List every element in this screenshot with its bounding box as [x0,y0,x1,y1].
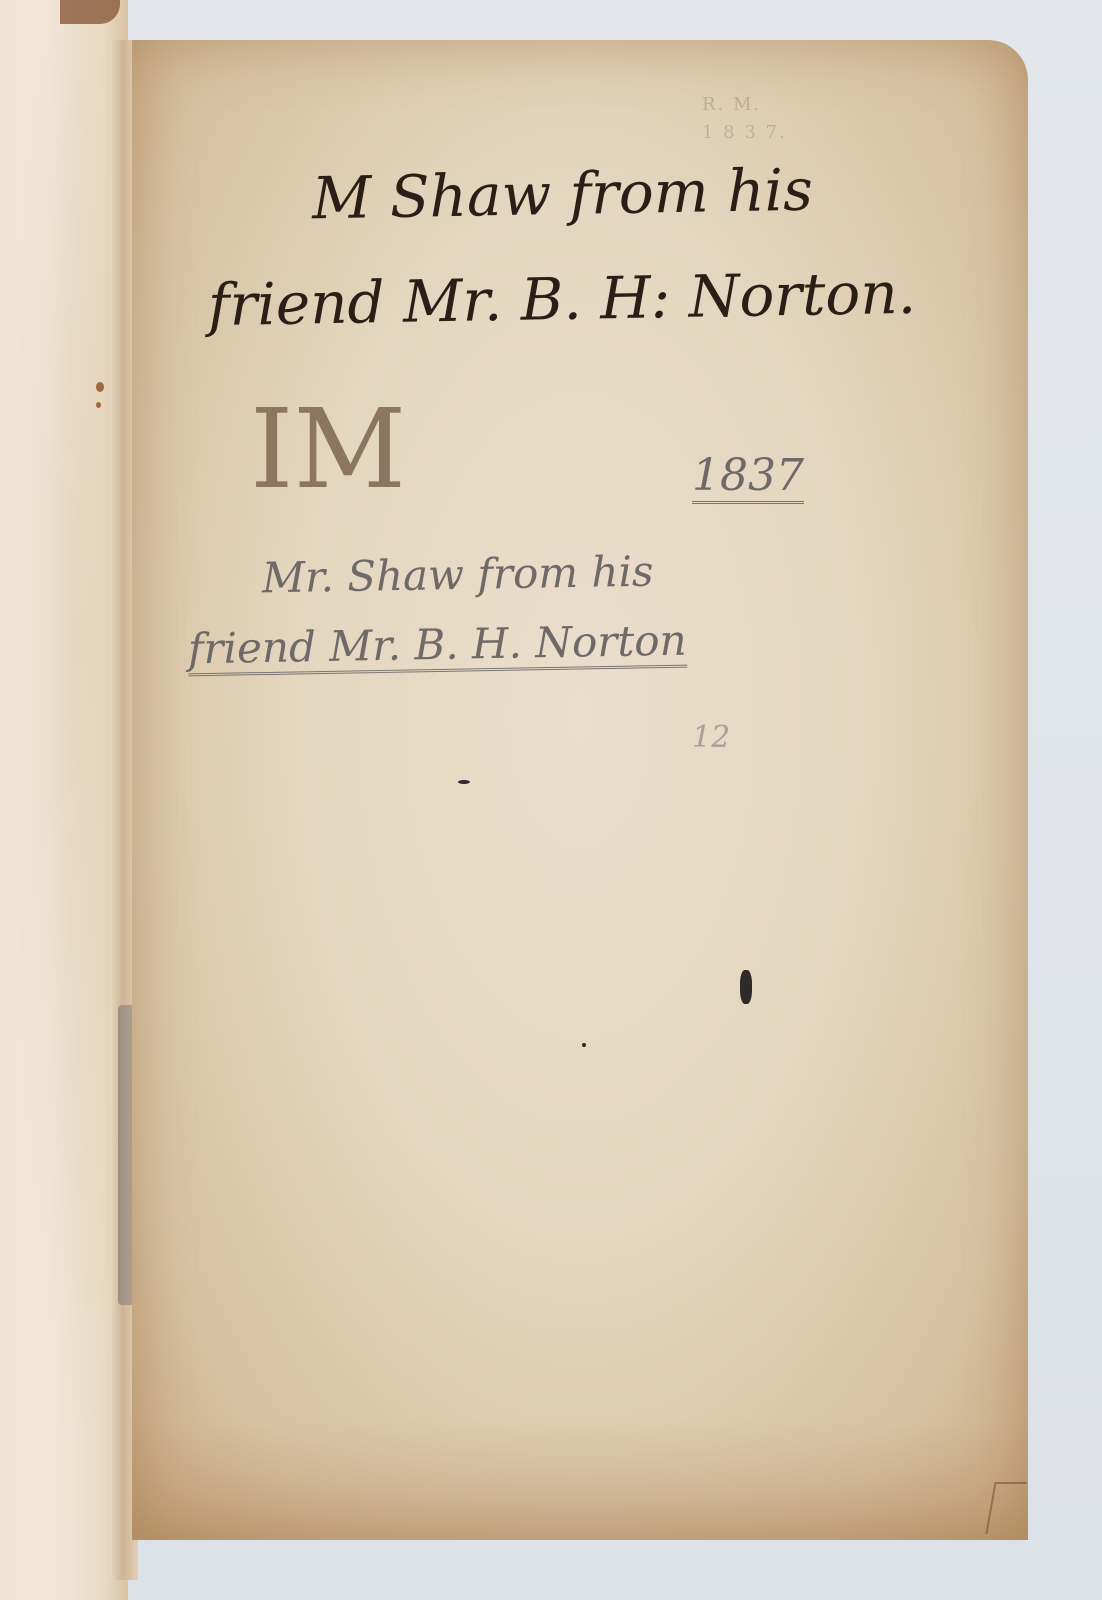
pencil-year: 1837 [692,450,804,504]
ink-dot [582,1043,586,1047]
binding-hole [96,402,101,408]
flyleaf-page: R. M. 1 8 3 7. M Shaw from his friend Mr… [132,40,1028,1540]
left-flyleaf [0,0,128,1600]
ink-blot [458,780,470,784]
pencil-inscription-line-2: friend Mr. B. H. Norton [188,616,687,677]
monogram: IM [250,385,406,513]
pencil-inscription-line-1: Mr. Shaw from his [262,547,654,603]
ink-blot [740,970,752,1004]
ink-inscription-line-2: friend Mr. B. H: Norton. [207,259,916,339]
pencil-faint-note: 12 [692,720,730,755]
page-stain [132,1420,1028,1540]
ink-inscription-line-1: M Shaw from his [311,156,813,233]
leather-binding-edge [60,0,120,24]
binding-hole [96,382,104,392]
ghost-print-line-2: 1 8 3 7. [702,122,787,144]
ghost-print-line-1: R. M. [702,94,761,116]
photo-scene: R. M. 1 8 3 7. M Shaw from his friend Mr… [0,0,1102,1600]
